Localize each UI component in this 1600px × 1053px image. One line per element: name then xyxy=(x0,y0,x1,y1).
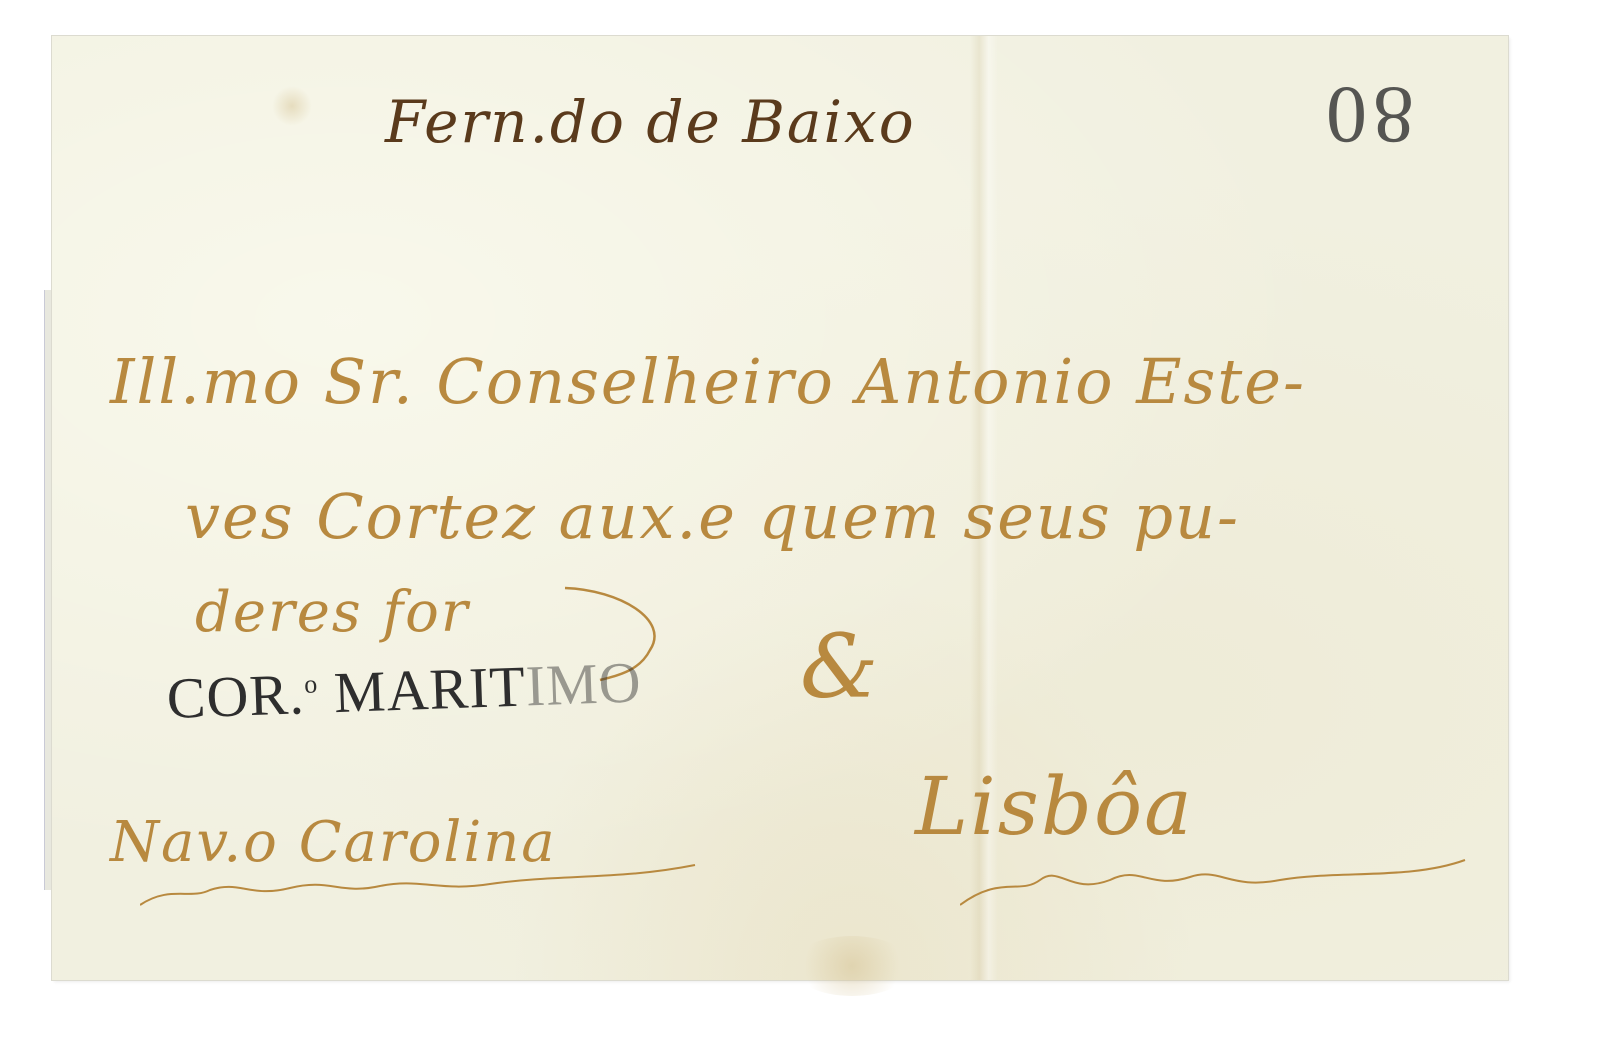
ampersand-glyph: & xyxy=(800,615,880,718)
city-text: Lisbôa xyxy=(915,760,1194,853)
paper-stain xyxy=(272,86,312,126)
address-line-2: ves Cortez aux.e quem seus pu- xyxy=(185,480,1240,553)
stamp-clear: MARIT xyxy=(333,654,527,726)
city-underline-flourish xyxy=(960,855,1480,915)
ship-underline-flourish xyxy=(140,860,700,910)
stamp-prefix: COR. xyxy=(166,661,306,731)
stamp-faded: IMO xyxy=(525,649,643,718)
stamp-superscript: o xyxy=(304,669,319,698)
address-line-1: Ill.mo Sr. Conselheiro Antonio Este- xyxy=(110,345,1306,418)
endorsement-text: Fern.do de Baixo xyxy=(385,88,916,156)
paper-stain xyxy=(792,936,912,996)
rate-mark: 80 xyxy=(1320,68,1414,162)
address-line-3: deres for xyxy=(195,580,470,645)
